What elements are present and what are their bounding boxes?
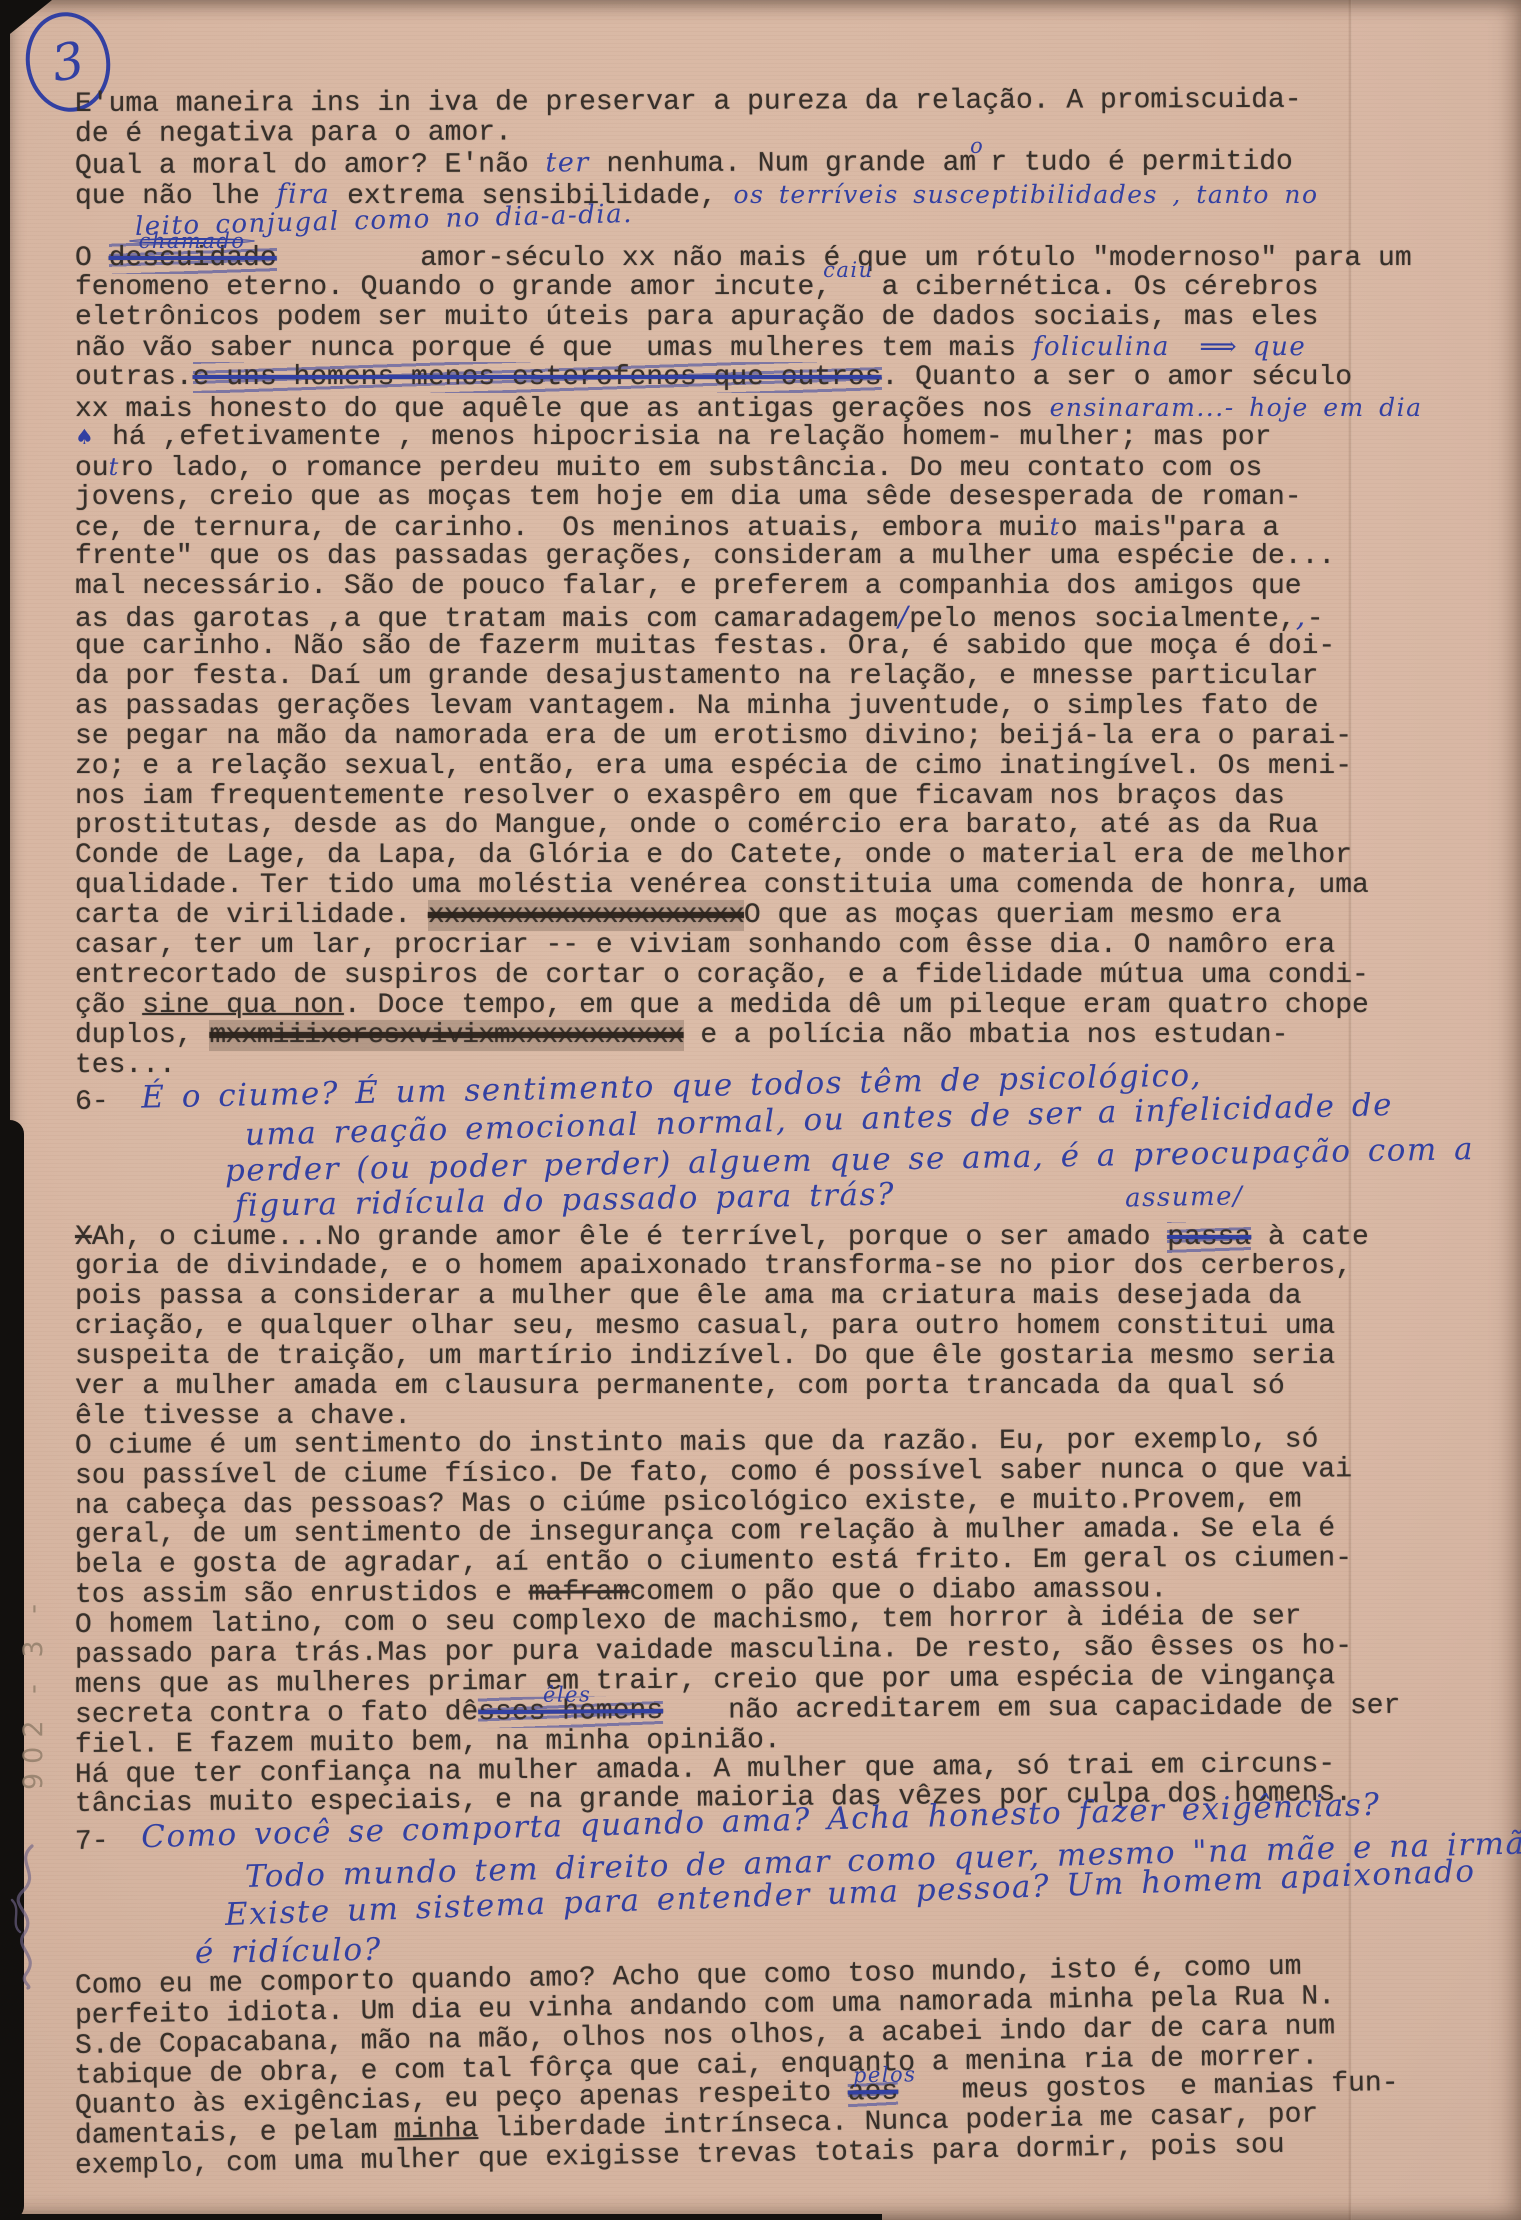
text-line: não vão saber nunca porque é que umas mu… — [75, 333, 1495, 363]
typed-text: que carinho. Não são de fazerm muitas fe… — [75, 631, 1335, 662]
typed-text: ver a mulher amada em clausura permanent… — [75, 1371, 1285, 1402]
typed-text: tes... — [75, 1050, 176, 1081]
typed-text: eletrônicos podem ser muito úteis para a… — [75, 302, 1318, 333]
text-line: nos iam frequentemente resolver o exaspê… — [75, 782, 1495, 812]
handwritten-text: ∕ — [898, 600, 909, 633]
handwritten-text: t — [109, 453, 120, 481]
typed-text: xx mais honesto do que aquêle que as ant… — [75, 394, 1050, 425]
scribbled-out-text: passa — [1167, 1222, 1251, 1253]
typed-text: prostitutas, desde as do Mangue, onde o … — [75, 810, 1318, 841]
handwritten-insertion-circled: chamado — [129, 238, 256, 244]
underlined-text: sine qua non — [142, 990, 344, 1021]
typed-text: frente" que os das passadas gerações, co… — [75, 541, 1335, 572]
typed-text: amor-século xx não mais é que um rótulo … — [403, 243, 1411, 274]
handwritten-text: t — [1050, 513, 1061, 541]
text-line: de é negativa para o amor. — [75, 115, 1495, 150]
typed-text: casar, ter um lar, procriar -- e viviam … — [75, 930, 1335, 961]
typed-text: ou — [75, 453, 109, 484]
handwritten-text: ♠ — [75, 425, 95, 449]
typed-text: O que as moças queriam mesmo era — [744, 900, 1282, 931]
struck-text: X — [75, 1222, 92, 1253]
typed-text: não vão saber nunca porque é que umas mu… — [75, 333, 1033, 364]
typed-text: outras. — [75, 362, 193, 393]
text-line: ver a mulher amada em clausura permanent… — [75, 1372, 1495, 1402]
typed-text: êle tivesse a chave. — [75, 1401, 411, 1432]
text-line: outras.e uns homens menos esterofenos qu… — [75, 363, 1495, 393]
typed-text: à cate — [1251, 1222, 1369, 1253]
text-line: entrecortado de suspiros de cortar o cor… — [75, 961, 1495, 991]
margin-vertical-pencil-mark: 902 - 3 - — [18, 1595, 49, 1790]
typed-text: . Quanto a ser o amor século — [882, 362, 1352, 393]
typed-over-text: mxxmiiixeresxvivixmxxxxxxxxxxx — [209, 1020, 683, 1051]
typed-text: de é negativa para o amor. — [75, 117, 512, 150]
text-line: as passadas gerações levam vantagem. Na … — [75, 692, 1495, 722]
text-line: que carinho. Não são de fazerm muitas fe… — [75, 632, 1495, 662]
text-line: mal necessário. São de pouco falar, e pr… — [75, 572, 1495, 602]
typed-text: zo; e a relação sexual, então, era uma e… — [75, 751, 1352, 782]
typed-text: Qual a moral do amor? E'não — [75, 149, 546, 182]
handwritten-text: ter — [545, 147, 589, 178]
handwritten-insertion: pelos — [853, 2074, 917, 2075]
typed-text: r tudo é permitido — [990, 147, 1293, 179]
typed-text: duplos, — [75, 1020, 209, 1051]
typed-text: fenomeno eterno. Quando o grande amor in… — [75, 272, 831, 303]
text-line: outro lado, o romance perdeu muito em su… — [75, 453, 1495, 483]
typed-text: criação, e qualquer olhar seu, mesmo cas… — [75, 1311, 1335, 1342]
text-line: ção sine qua non. Doce tempo, em que a m… — [75, 991, 1495, 1021]
text-line: criação, e qualquer olhar seu, mesmo cas… — [75, 1312, 1495, 1342]
text-line: O descuidadochamado amor-século xx não m… — [75, 244, 1495, 274]
text-line: fenomeno eterno. Quando o grande amor in… — [75, 273, 1495, 303]
scribbled-out-text: e uns homens menos esterofenos que outro… — [193, 362, 882, 393]
handwritten-text: ensinaram...- hoje em dia — [1050, 393, 1423, 422]
typed-text: se pegar na mão da namorada era de um er… — [75, 721, 1352, 752]
typed-over-text: xxxxxxxxxxxxxxxxxxxx — [428, 900, 744, 931]
typed-text: ce, de ternura, de carinho. Os meninos a… — [75, 513, 1050, 544]
text-line: duplos, mxxmiiixeresxvivixmxxxxxxxxxxx e… — [75, 1021, 1495, 1051]
typed-text: as passadas gerações levam vantagem. Na … — [75, 691, 1318, 722]
underlined-text: minha — [394, 2114, 479, 2146]
text-line: zo; e a relação sexual, então, era uma e… — [75, 752, 1495, 782]
text-line: frente" que os das passadas gerações, co… — [75, 542, 1495, 572]
typed-text: . Doce tempo, em que a medida dê um pile… — [344, 990, 1369, 1021]
text-line: as das garotas ,a que tratam mais com ca… — [75, 602, 1495, 632]
typed-text: da por festa. Daí um grande desajustamen… — [75, 661, 1318, 692]
text-line: ce, de ternura, de carinho. Os meninos a… — [75, 513, 1495, 543]
text-line: prostitutas, desde as do Mangue, onde o … — [75, 811, 1495, 841]
typed-text: a cibernética. Os cérebros — [882, 272, 1319, 303]
text-line: se pegar na mão da namorada era de um er… — [75, 722, 1495, 752]
handwritten-text: é ridículo? — [195, 1932, 382, 1971]
manuscript-page: 3 E'uma maneira ins in iva de preservar … — [0, 0, 1521, 2220]
typed-text: 6- — [75, 1086, 109, 1118]
struck-text: mafram — [529, 1577, 630, 1609]
margin-scribble — [2, 1840, 50, 1990]
text-line: carta de virilidade. xxxxxxxxxxxxxxxxxxx… — [75, 901, 1495, 931]
typed-text: O — [75, 243, 109, 274]
typed-text: tos assim são enrustidos e — [75, 1578, 529, 1611]
handwritten-text: foliculina ⟹ que — [1033, 332, 1306, 362]
typed-text: o mais"para a — [1061, 513, 1279, 544]
text-line: goria de divindade, e o homem apaixonado… — [75, 1252, 1495, 1282]
text-line: suspeita de traição, um martírio indizív… — [75, 1342, 1495, 1372]
scan-edge-bottom — [0, 2214, 882, 2220]
handwritten-text: assume∕ — [1125, 1179, 1244, 1215]
typed-text: pois passa a considerar a mulher que êle… — [75, 1281, 1302, 1312]
typed-text: nos iam frequentemente resolver o exaspê… — [75, 781, 1285, 812]
typed-text: qualidade. Ter tido uma moléstia venérea… — [75, 870, 1369, 901]
typed-text: ção — [75, 990, 142, 1021]
handwritten-text: , — [1296, 599, 1307, 634]
typed-text: suspeita de traição, um martírio indizív… — [75, 1341, 1335, 1372]
text-line: jovens, creio que as moças tem hoje em d… — [75, 483, 1495, 513]
typed-text: ro lado, o romance perdeu muito em subst… — [120, 453, 1263, 484]
text-line: da por festa. Daí um grande desajustamen… — [75, 662, 1495, 692]
typed-text: mal necessário. São de pouco falar, e pr… — [75, 571, 1302, 602]
text-line: casar, ter um lar, procriar -- e viviam … — [75, 931, 1495, 961]
typed-text: carta de virilidade. — [75, 900, 428, 931]
text-line: eletrônicos podem ser muito úteis para a… — [75, 303, 1495, 333]
typed-text: e a polícia não mbatia nos estudan- — [684, 1020, 1289, 1051]
typed-text: 7- — [75, 1826, 109, 1858]
text-line: qualidade. Ter tido uma moléstia venérea… — [75, 871, 1495, 901]
typed-text: secreta contra o fato dê — [75, 1697, 478, 1731]
typed-text: E'uma maneira ins in iva de preservar a … — [75, 85, 1302, 120]
page-number: 3 — [47, 31, 88, 94]
typed-text: Ah, o ciume...No grande amor êle é terrí… — [92, 1222, 1167, 1253]
text-line: XAh, o ciume...No grande amor êle é terr… — [75, 1223, 1495, 1253]
typed-text: não acreditarem em sua capacidade de ser — [711, 1690, 1400, 1726]
typed-text: Conde de Lage, da Lapa, da Glória e do C… — [75, 840, 1352, 871]
typed-text: há ,efetivamente , menos hipocrisia na r… — [95, 422, 1271, 453]
text-line: pois passa a considerar a mulher que êle… — [75, 1282, 1495, 1312]
text-line: Conde de Lage, da Lapa, da Glória e do C… — [75, 841, 1495, 871]
text-line: Qual a moral do amor? E'não ter nenhuma.… — [75, 145, 1495, 180]
typed-text-block: E'uma maneira ins in iva de preservar a … — [75, 90, 1495, 2182]
typed-text: jovens, creio que as moças tem hoje em d… — [75, 482, 1302, 513]
text-line: E'uma maneira ins in iva de preservar a … — [75, 85, 1495, 120]
typed-text: entrecortado de suspiros de cortar o cor… — [75, 960, 1369, 991]
text-line: xx mais honesto do que aquêle que as ant… — [75, 393, 1495, 423]
text-line: ♠ há ,efetivamente , menos hipocrisia na… — [75, 423, 1495, 453]
typed-text: nenhuma. Num grande am — [590, 148, 977, 180]
typed-text: goria de divindade, e o homem apaixonado… — [75, 1251, 1352, 1282]
